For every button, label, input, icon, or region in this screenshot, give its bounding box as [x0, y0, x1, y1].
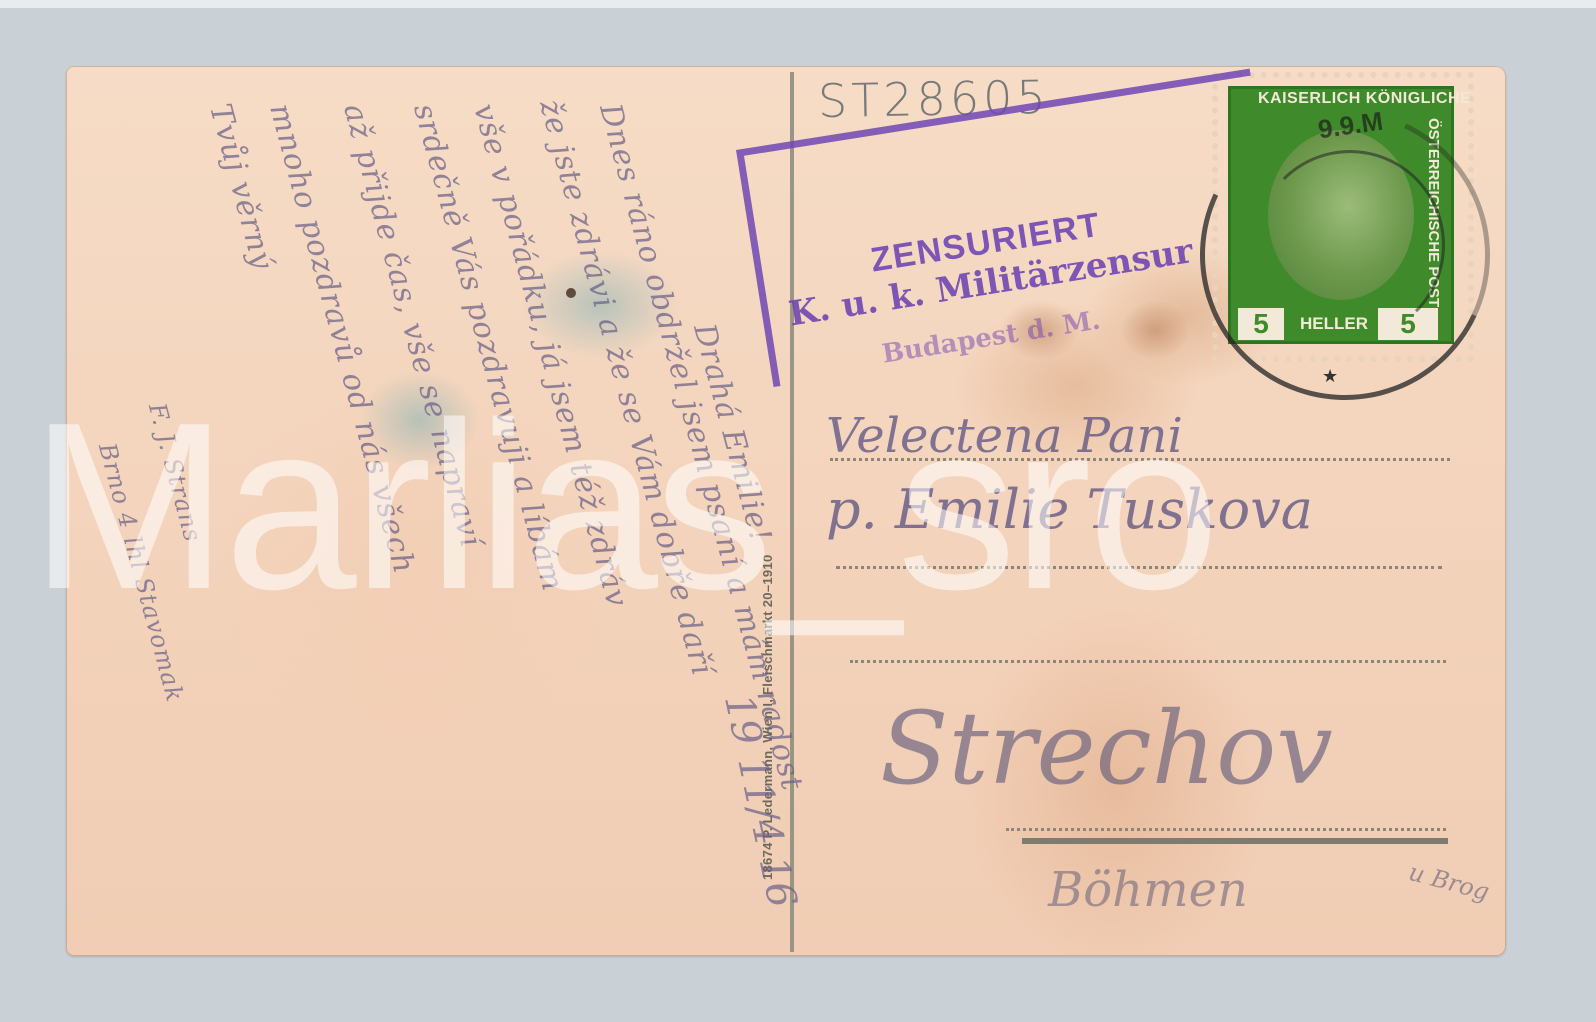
address-region: Böhmen — [1048, 862, 1248, 918]
top-strip — [0, 0, 1596, 8]
address-town: Strechov — [880, 690, 1333, 807]
address-line — [1006, 828, 1446, 831]
stamp-top-text: KAISERLICH KÖNIGLICHE — [1258, 90, 1471, 108]
star-icon: ★ — [1322, 366, 1338, 387]
address-underline — [1022, 838, 1448, 844]
postmark-inner-circle — [1255, 150, 1445, 340]
address-line — [850, 660, 1446, 663]
watermark: Marlias_sro — [30, 388, 1216, 626]
